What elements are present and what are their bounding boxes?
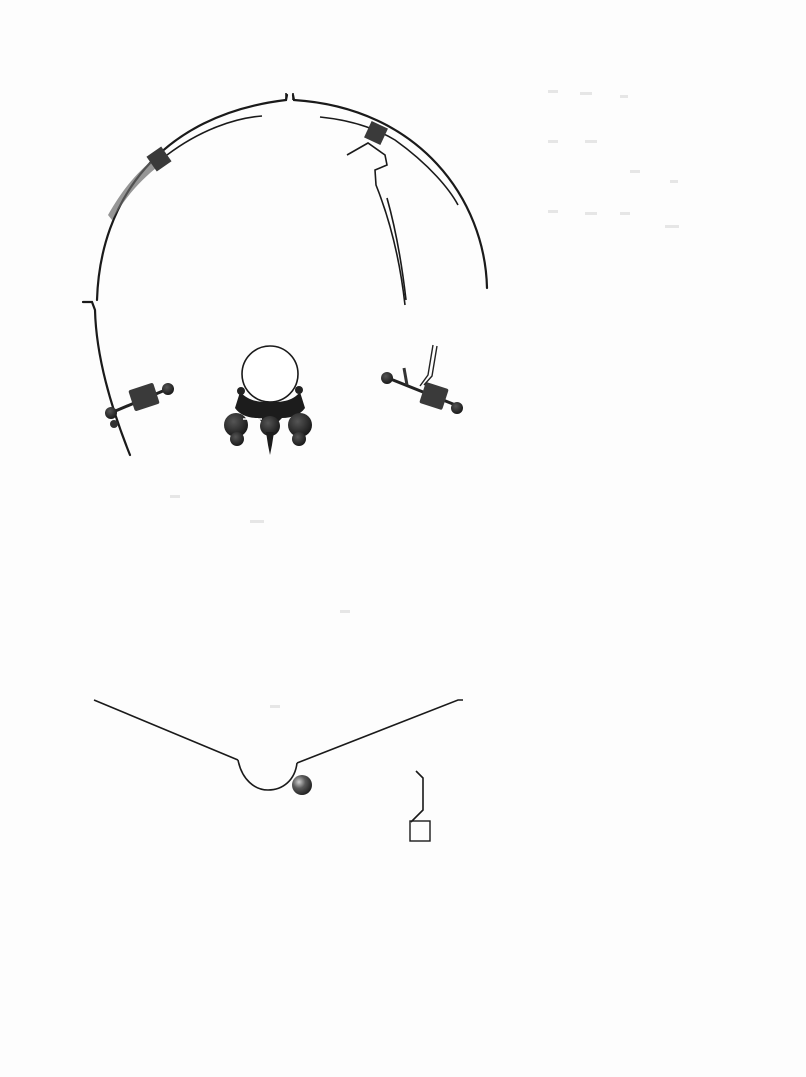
drain-cup	[238, 760, 297, 790]
lower-v-guide	[94, 700, 463, 763]
shooter-lane-wire	[411, 771, 423, 822]
right-flipper-assembly	[381, 345, 463, 414]
right-inner-lane-rail	[347, 143, 405, 305]
outer-arch-rail	[97, 95, 487, 300]
center-bumper-cluster	[224, 346, 312, 455]
left-flipper-assembly	[105, 383, 174, 428]
playfield-diagram	[0, 0, 806, 1077]
left-arch-shadow	[108, 158, 160, 220]
ball	[292, 775, 312, 795]
plunger-box	[410, 821, 430, 841]
left-side-rail	[83, 302, 130, 455]
inner-arch-rail-right	[320, 117, 458, 205]
